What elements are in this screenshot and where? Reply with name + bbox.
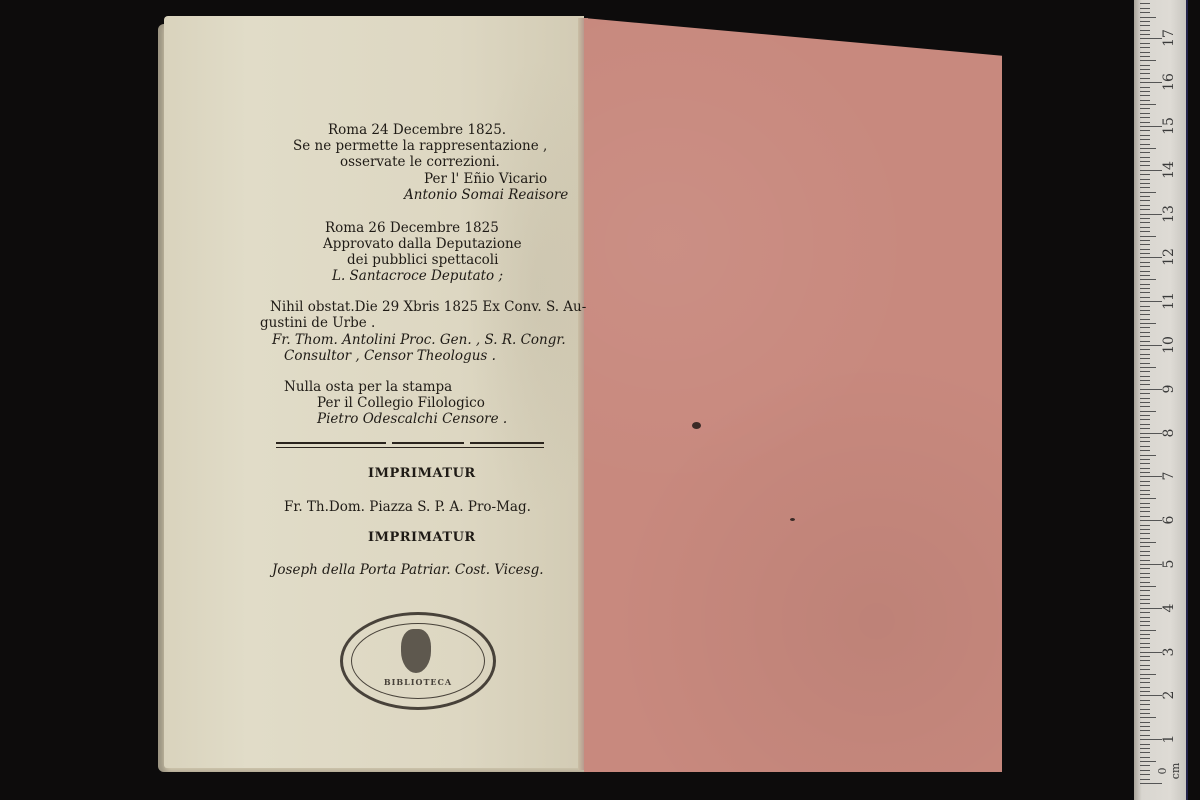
nihil-obstat-line-4: Consultor , Censor Theologus . bbox=[284, 348, 496, 364]
ruler-tick bbox=[1140, 739, 1162, 740]
ruler-tick bbox=[1140, 91, 1150, 92]
ruler-tick bbox=[1140, 288, 1150, 289]
ruler-tick bbox=[1140, 78, 1150, 79]
ruler-tick bbox=[1140, 301, 1162, 302]
ruler-tick bbox=[1140, 323, 1156, 324]
ruler-tick bbox=[1140, 533, 1150, 534]
ruler-tick bbox=[1140, 406, 1150, 407]
ruler-tick bbox=[1140, 617, 1150, 618]
imprimatur-1-heading: IMPRIMATUR bbox=[368, 466, 476, 482]
ruler-tick bbox=[1140, 21, 1150, 22]
ruler-tick bbox=[1140, 398, 1150, 399]
ruler-tick bbox=[1140, 546, 1150, 547]
ruler-tick bbox=[1140, 612, 1150, 613]
ruler-tick bbox=[1140, 463, 1150, 464]
library-ink-stamp: BIBLIOTECA bbox=[340, 612, 496, 710]
ruler-tick bbox=[1140, 218, 1150, 219]
ruler-number: 17 bbox=[1161, 25, 1177, 51]
ruler-tick bbox=[1140, 682, 1150, 683]
ruler-tick bbox=[1140, 564, 1162, 565]
ruler-tick bbox=[1140, 363, 1150, 364]
ruler-number: 15 bbox=[1161, 113, 1177, 139]
ruler-tick bbox=[1140, 599, 1150, 600]
ruler-tick bbox=[1140, 275, 1150, 276]
ruler-tick bbox=[1140, 674, 1156, 675]
ruler-tick bbox=[1140, 179, 1150, 180]
ruler-number: 5 bbox=[1161, 551, 1177, 577]
ruler-tick bbox=[1140, 490, 1150, 491]
ruler-tick bbox=[1140, 643, 1150, 644]
ruler-number: 6 bbox=[1161, 507, 1177, 533]
ruler-tick bbox=[1140, 722, 1150, 723]
ruler-tick bbox=[1140, 341, 1150, 342]
ruler-tick bbox=[1140, 455, 1156, 456]
ruler-tick bbox=[1140, 227, 1150, 228]
ruler-tick bbox=[1140, 95, 1150, 96]
ruler-tick bbox=[1140, 582, 1150, 583]
nulla-osta-line-1: Nulla osta per la stampa bbox=[284, 379, 452, 395]
ruler-tick bbox=[1140, 779, 1150, 780]
ruler-tick bbox=[1140, 476, 1162, 477]
ruler-tick bbox=[1140, 292, 1150, 293]
ruler-number: 11 bbox=[1161, 288, 1177, 314]
ruler-tick bbox=[1140, 485, 1150, 486]
ruler-tick bbox=[1140, 411, 1156, 412]
ruler-tick bbox=[1140, 507, 1150, 508]
ruler-tick bbox=[1140, 73, 1150, 74]
ruler-tick bbox=[1140, 389, 1162, 390]
ruler-tick bbox=[1140, 231, 1150, 232]
ruler-tick bbox=[1140, 700, 1150, 701]
ruler-tick bbox=[1140, 148, 1156, 149]
ruler-tick bbox=[1140, 481, 1150, 482]
ruler-tick bbox=[1140, 108, 1150, 109]
ruler-tick bbox=[1140, 152, 1150, 153]
ruler-tick bbox=[1140, 695, 1162, 696]
ruler-tick bbox=[1140, 144, 1150, 145]
ruler-tick bbox=[1140, 236, 1156, 237]
ruler-tick bbox=[1140, 306, 1150, 307]
ruler-unit-label: 0 cm bbox=[1156, 758, 1182, 784]
ruler-tick bbox=[1140, 393, 1150, 394]
ruler-tick bbox=[1140, 752, 1150, 753]
ruler-tick bbox=[1140, 450, 1150, 451]
ruler-number: 10 bbox=[1161, 332, 1177, 358]
approval-2-text-2: dei pubblici spettacoli bbox=[347, 252, 498, 268]
ruler-tick bbox=[1140, 691, 1150, 692]
ruler-tick bbox=[1140, 660, 1150, 661]
ruler-tick bbox=[1140, 437, 1150, 438]
ruler-tick bbox=[1140, 433, 1162, 434]
stamp-text: BIBLIOTECA bbox=[343, 677, 493, 687]
ruler-tick bbox=[1140, 713, 1150, 714]
approval-1-text-2: osservate le correzioni. bbox=[340, 154, 500, 170]
ruler-tick bbox=[1140, 271, 1150, 272]
ruler-number: 12 bbox=[1161, 244, 1177, 270]
ruler-number: 16 bbox=[1161, 69, 1177, 95]
ruler-tick bbox=[1140, 249, 1150, 250]
ruler-tick bbox=[1140, 257, 1162, 258]
approval-2-text: Approvato dalla Deputazione bbox=[323, 236, 522, 252]
ruler-tick bbox=[1140, 380, 1150, 381]
imprimatur-2-heading: IMPRIMATUR bbox=[368, 530, 476, 546]
ruler-tick bbox=[1140, 38, 1162, 39]
ruler-tick bbox=[1140, 783, 1162, 784]
ruler-tick bbox=[1140, 371, 1150, 372]
ruler-tick bbox=[1140, 647, 1150, 648]
ruler-tick bbox=[1140, 525, 1150, 526]
ruler-tick bbox=[1140, 630, 1156, 631]
ruler-tick bbox=[1140, 157, 1150, 158]
ruler-tick bbox=[1140, 687, 1150, 688]
ruler-tick bbox=[1140, 82, 1162, 83]
ruler-tick bbox=[1140, 424, 1150, 425]
ruler-tick bbox=[1140, 709, 1150, 710]
ruler-tick bbox=[1140, 590, 1150, 591]
ruler-tick bbox=[1140, 8, 1150, 9]
ruler-tick bbox=[1140, 472, 1150, 473]
ruler-tick bbox=[1140, 30, 1150, 31]
ruler-tick bbox=[1140, 327, 1150, 328]
ruler-tick bbox=[1140, 516, 1150, 517]
ruler-tick bbox=[1140, 17, 1156, 18]
ruler-tick bbox=[1140, 757, 1150, 758]
photo-scene: Roma 24 Decembre 1825. Se ne permette la… bbox=[0, 0, 1200, 800]
ruler-tick bbox=[1140, 122, 1150, 123]
ruler-tick bbox=[1140, 770, 1150, 771]
ruler-tick bbox=[1140, 428, 1150, 429]
ruler-number: 3 bbox=[1161, 639, 1177, 665]
approval-1-text: Se ne permette la rappresentazione , bbox=[293, 138, 547, 154]
ruler-tick bbox=[1140, 748, 1150, 749]
ruler-number: 14 bbox=[1161, 157, 1177, 183]
ruler-tick bbox=[1140, 446, 1150, 447]
ruler-tick bbox=[1140, 586, 1156, 587]
approval-2-signature: L. Santacroce Deputato ; bbox=[332, 268, 503, 284]
ruler-tick bbox=[1140, 266, 1150, 267]
paper-speck bbox=[692, 422, 701, 429]
ruler-tick bbox=[1140, 621, 1150, 622]
ruler-number: 1 bbox=[1161, 726, 1177, 752]
ruler-tick bbox=[1140, 511, 1150, 512]
ruler-tick bbox=[1140, 384, 1150, 385]
ruler-tick bbox=[1140, 170, 1162, 171]
ruler-tick bbox=[1140, 354, 1150, 355]
ruler-number: 9 bbox=[1161, 376, 1177, 402]
ruler-tick bbox=[1140, 678, 1150, 679]
ruler-tick bbox=[1140, 665, 1150, 666]
ruler-tick bbox=[1140, 135, 1150, 136]
ruler-tick bbox=[1140, 459, 1150, 460]
ruler-tick bbox=[1140, 542, 1156, 543]
ruler-tick bbox=[1140, 34, 1150, 35]
ruler-tick bbox=[1140, 555, 1150, 556]
imprimatur-2-line: Joseph della Porta Patriar. Cost. Vicesg… bbox=[272, 562, 544, 578]
ruler-tick bbox=[1140, 3, 1150, 4]
ruler-tick bbox=[1140, 100, 1150, 101]
ruler-tick bbox=[1140, 560, 1150, 561]
ruler-tick bbox=[1140, 669, 1150, 670]
ruler-number: 4 bbox=[1161, 595, 1177, 621]
ruler-tick bbox=[1140, 468, 1150, 469]
ruler-tick bbox=[1140, 117, 1150, 118]
ruler-tick bbox=[1140, 69, 1150, 70]
approval-1-date: Roma 24 Decembre 1825. bbox=[328, 122, 506, 138]
ruler-tick bbox=[1140, 65, 1150, 66]
ruler-tick bbox=[1140, 56, 1150, 57]
ruler-tick bbox=[1140, 319, 1150, 320]
ruler-tick bbox=[1140, 253, 1150, 254]
ruler-tick bbox=[1140, 367, 1156, 368]
ruler-tick bbox=[1140, 196, 1150, 197]
ruler-tick bbox=[1140, 704, 1150, 705]
ruler-tick bbox=[1140, 214, 1162, 215]
ruler-tick bbox=[1140, 577, 1150, 578]
ruler-tick bbox=[1140, 568, 1150, 569]
ruler-tick bbox=[1140, 192, 1156, 193]
ruler-tick bbox=[1140, 625, 1150, 626]
ruler-tick bbox=[1140, 652, 1162, 653]
ruler-tick bbox=[1140, 538, 1150, 539]
stamp-emblem-icon bbox=[401, 629, 431, 673]
ruler-tick bbox=[1140, 183, 1150, 184]
nihil-obstat-line-1: Nihil obstat.Die 29 Xbris 1825 Ex Conv. … bbox=[270, 299, 586, 315]
ruler-tick bbox=[1140, 25, 1150, 26]
ruler-number: 8 bbox=[1161, 420, 1177, 446]
double-rule-divider bbox=[276, 442, 544, 448]
ruler-tick bbox=[1140, 60, 1156, 61]
measuring-ruler: 0 cm 1234567891011121314151617 bbox=[1134, 0, 1188, 800]
right-page-pink-endpaper bbox=[584, 18, 1002, 772]
ruler-tick bbox=[1140, 126, 1162, 127]
ruler-tick bbox=[1140, 161, 1150, 162]
ruler-tick bbox=[1140, 603, 1150, 604]
ruler-tick bbox=[1140, 494, 1150, 495]
ruler-tick bbox=[1140, 638, 1150, 639]
ruler-tick bbox=[1140, 765, 1150, 766]
ruler-tick bbox=[1140, 104, 1156, 105]
ruler-tick bbox=[1140, 573, 1150, 574]
ruler-number: 2 bbox=[1161, 682, 1177, 708]
ruler-tick bbox=[1140, 284, 1150, 285]
ruler-tick bbox=[1140, 262, 1150, 263]
paper-speck bbox=[790, 518, 795, 521]
ruler-tick bbox=[1140, 87, 1150, 88]
ruler-tick bbox=[1140, 209, 1150, 210]
ruler-tick bbox=[1140, 498, 1156, 499]
ruler-tick bbox=[1140, 205, 1150, 206]
ruler-tick bbox=[1140, 595, 1150, 596]
ruler-tick bbox=[1140, 332, 1150, 333]
ruler-number: 7 bbox=[1161, 463, 1177, 489]
ruler-tick bbox=[1140, 345, 1162, 346]
approval-2-date: Roma 26 Decembre 1825 bbox=[325, 220, 499, 236]
ruler-tick bbox=[1140, 244, 1150, 245]
ruler-tick bbox=[1140, 349, 1150, 350]
nulla-osta-signature: Pietro Odescalchi Censore . bbox=[317, 411, 507, 427]
nihil-obstat-line-2: gustini de Urbe . bbox=[260, 315, 375, 331]
ruler-tick bbox=[1140, 336, 1150, 337]
imprimatur-1-line: Fr. Th.Dom. Piazza S. P. A. Pro-Mag. bbox=[284, 499, 531, 515]
ruler-tick bbox=[1140, 761, 1156, 762]
ruler-tick bbox=[1140, 297, 1150, 298]
approval-1-signature: Antonio Somai Reaisore bbox=[404, 187, 568, 203]
ruler-tick bbox=[1140, 310, 1150, 311]
ruler-tick bbox=[1140, 419, 1150, 420]
ruler-tick bbox=[1140, 279, 1156, 280]
ruler-tick bbox=[1140, 608, 1162, 609]
ruler-tick bbox=[1140, 503, 1150, 504]
ruler-tick bbox=[1140, 520, 1162, 521]
ruler-tick bbox=[1140, 12, 1150, 13]
ruler-tick bbox=[1140, 656, 1150, 657]
ruler-tick bbox=[1140, 774, 1150, 775]
ruler-tick bbox=[1140, 200, 1150, 201]
ruler-tick bbox=[1140, 174, 1150, 175]
ruler-number: 13 bbox=[1161, 201, 1177, 227]
ruler-tick bbox=[1140, 730, 1150, 731]
ruler-tick bbox=[1140, 402, 1150, 403]
approval-1-title: Per l' Eñio Vicario bbox=[424, 171, 547, 187]
ruler-tick bbox=[1140, 744, 1150, 745]
nulla-osta-line-2: Per il Collegio Filologico bbox=[317, 395, 485, 411]
ruler-tick bbox=[1140, 47, 1150, 48]
ruler-tick bbox=[1140, 551, 1150, 552]
ruler-tick bbox=[1140, 358, 1150, 359]
ruler-tick bbox=[1140, 240, 1150, 241]
ruler-tick bbox=[1140, 529, 1150, 530]
ruler-tick bbox=[1140, 735, 1150, 736]
ruler-tick bbox=[1140, 376, 1150, 377]
ruler-tick bbox=[1140, 717, 1156, 718]
ruler-tick bbox=[1140, 113, 1150, 114]
ruler-tick bbox=[1140, 222, 1150, 223]
ruler-tick bbox=[1140, 415, 1150, 416]
ruler-tick bbox=[1140, 314, 1150, 315]
nihil-obstat-line-3: Fr. Thom. Antolini Proc. Gen. , S. R. Co… bbox=[272, 332, 566, 348]
ruler-tick bbox=[1140, 726, 1150, 727]
ruler-tick bbox=[1140, 165, 1150, 166]
ruler-tick bbox=[1140, 634, 1150, 635]
ruler-tick bbox=[1140, 52, 1150, 53]
ruler-tick bbox=[1140, 187, 1150, 188]
ruler-tick bbox=[1140, 43, 1150, 44]
ruler-tick bbox=[1140, 139, 1150, 140]
ruler-tick bbox=[1140, 130, 1150, 131]
ruler-tick bbox=[1140, 441, 1150, 442]
